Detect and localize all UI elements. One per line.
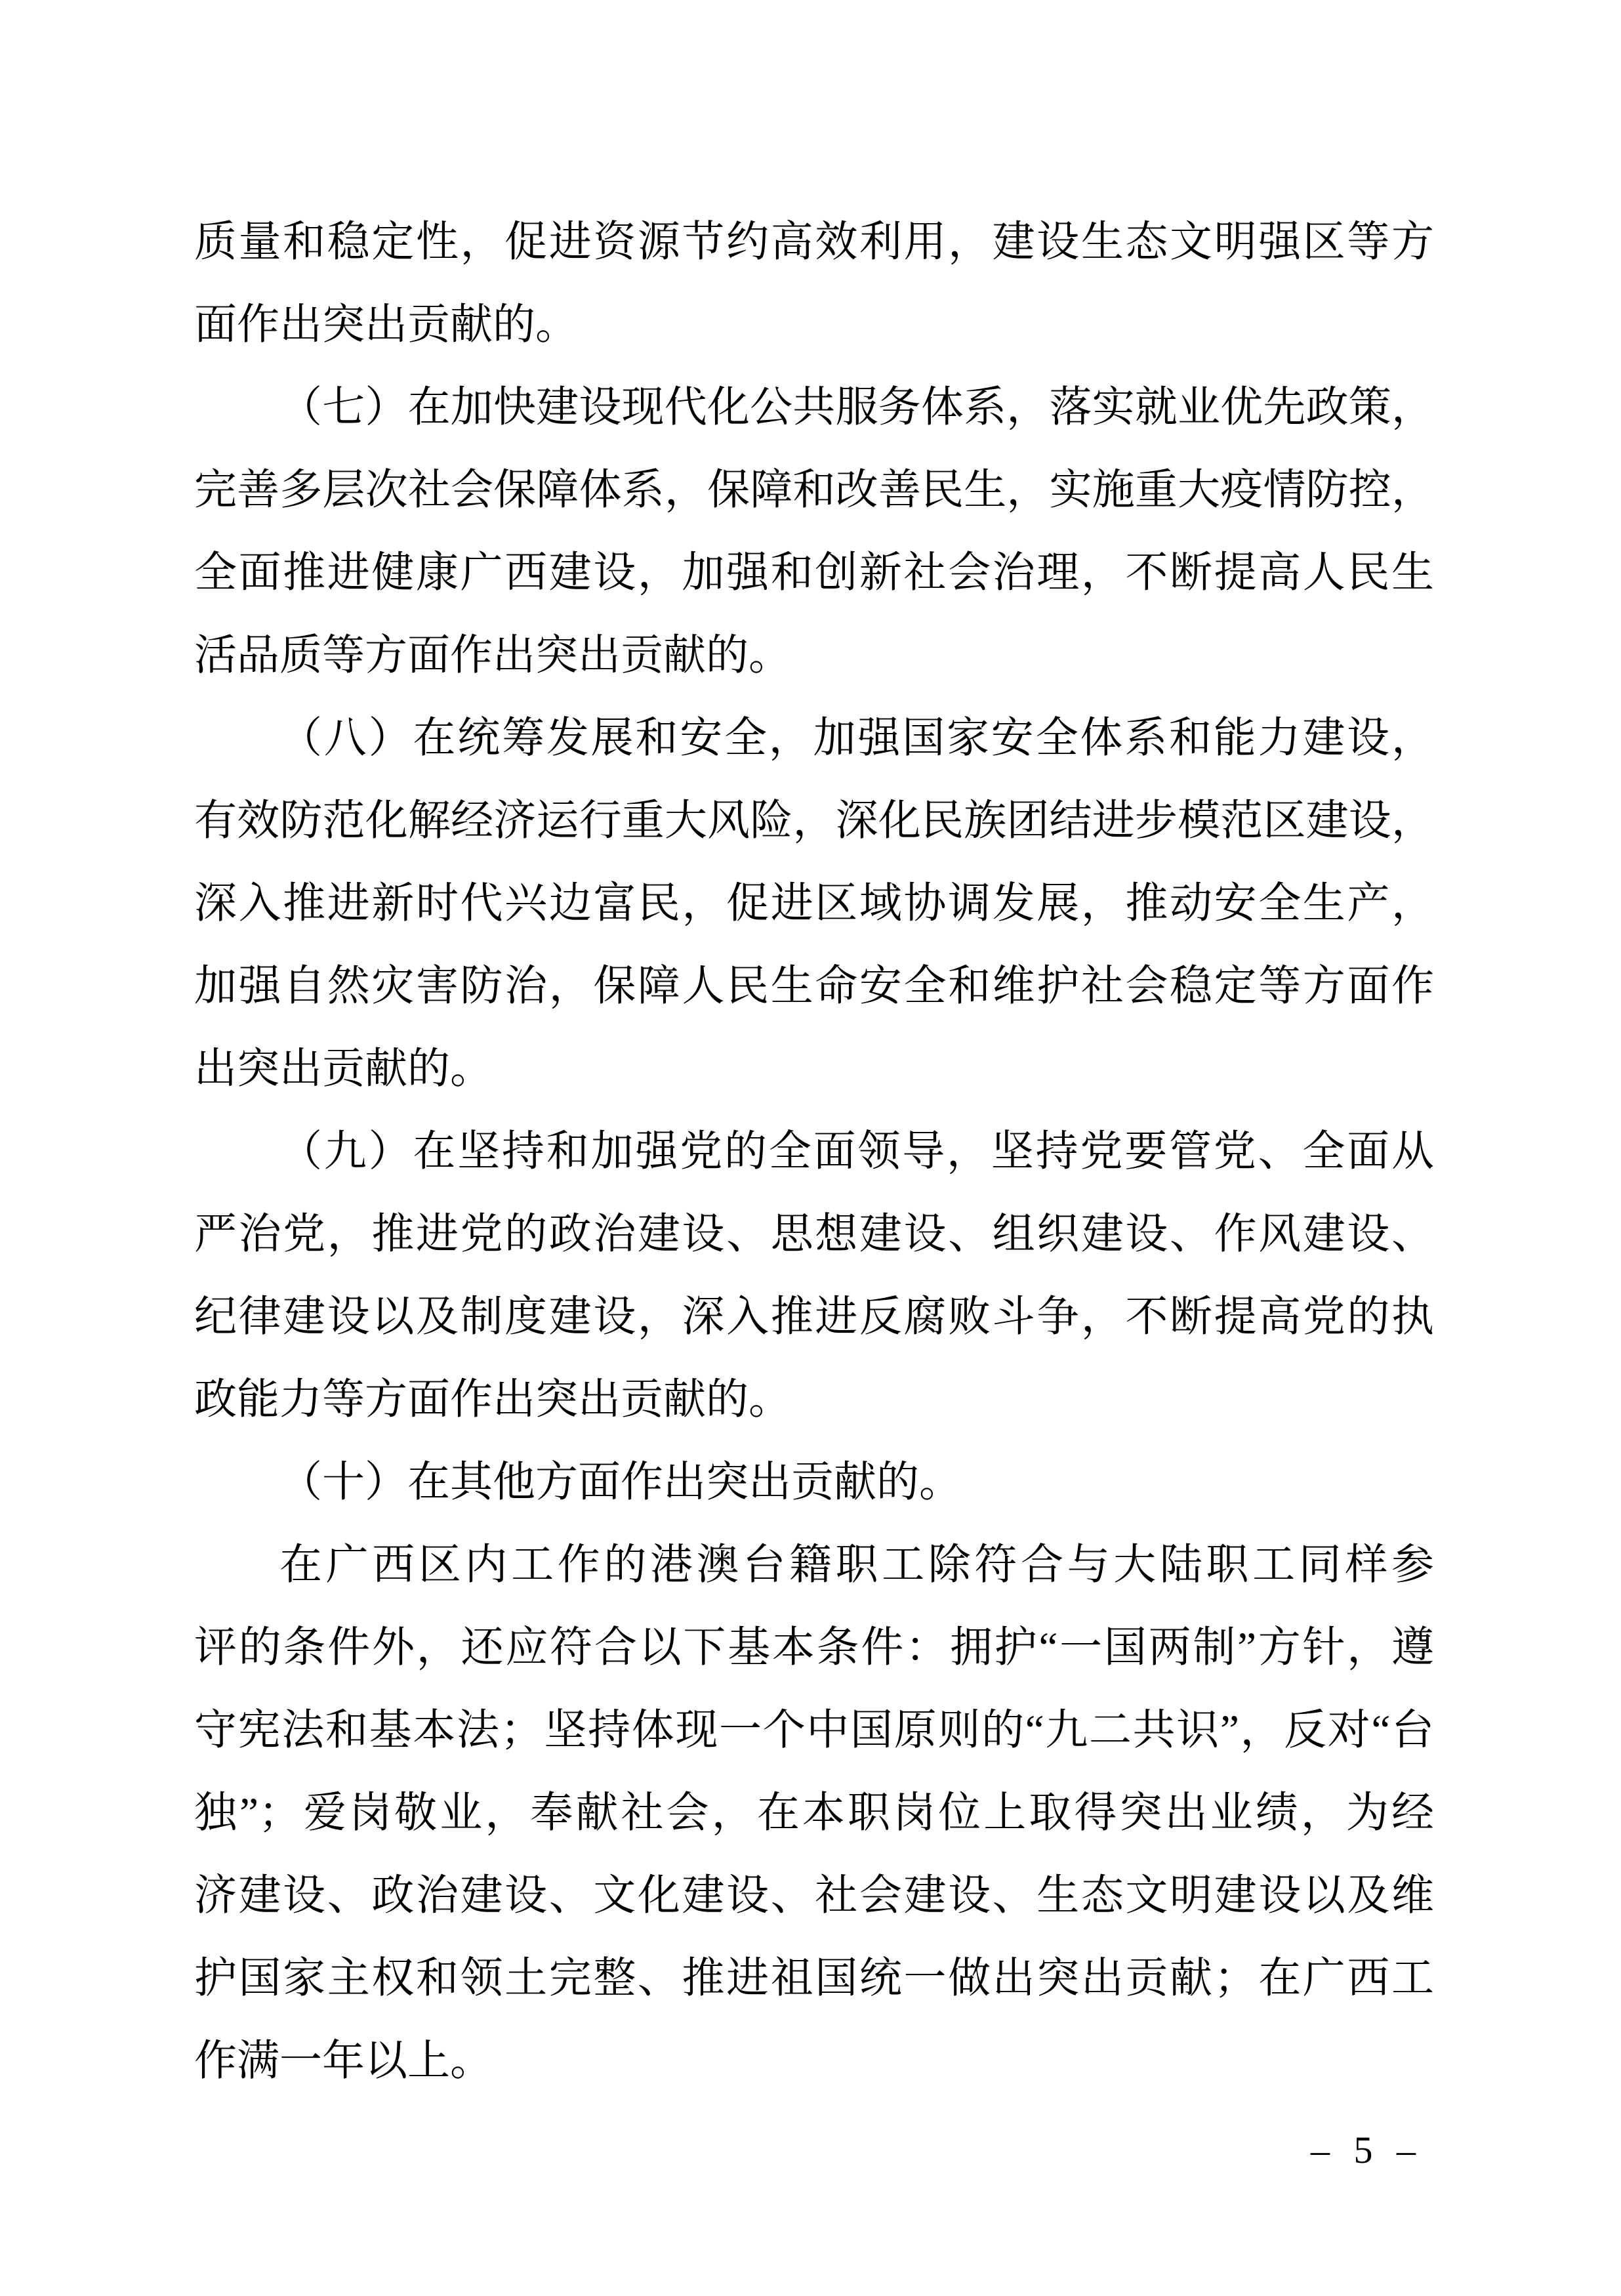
text-line: 济建设、政治建设、文化建设、社会建设、生态文明建设以及维: [194, 1854, 1434, 1937]
text-line: 全面推进健康广西建设，加强和创新社会治理，不断提高人民生: [194, 532, 1434, 614]
paragraph-hmt-workers: 在广西区内工作的港澳台籍职工除符合与大陆职工同样参 评的条件外，还应符合以下基本…: [194, 1524, 1434, 2102]
text-line: （八）在统筹发展和安全，加强国家安全体系和能力建设，: [194, 697, 1434, 780]
paragraph-continuation: 质量和稳定性，促进资源节约高效利用，建设生态文明强区等方 面作出突出贡献的。: [194, 201, 1434, 366]
text-line: 守宪法和基本法；坚持体现一个中国原则的“九二共识”，反对“台: [194, 1689, 1434, 1772]
text-line: 纪律建设以及制度建设，深入推进反腐败斗争，不断提高党的执: [194, 1276, 1434, 1358]
text-line: （九）在坚持和加强党的全面领导，坚持党要管党、全面从: [194, 1110, 1434, 1193]
document-page: 质量和稳定性，促进资源节约高效利用，建设生态文明强区等方 面作出突出贡献的。 （…: [0, 0, 1621, 2296]
page-number: – 5 –: [1311, 2131, 1417, 2169]
paragraph-item-7: （七）在加快建设现代化公共服务体系，落实就业优先政策， 完善多层次社会保障体系，…: [194, 366, 1434, 697]
document-body: 质量和稳定性，促进资源节约高效利用，建设生态文明强区等方 面作出突出贡献的。 （…: [194, 201, 1434, 2102]
text-line: 出突出贡献的。: [194, 1028, 1434, 1110]
text-line: 严治党，推进党的政治建设、思想建设、组织建设、作风建设、: [194, 1193, 1434, 1276]
paragraph-item-8: （八）在统筹发展和安全，加强国家安全体系和能力建设， 有效防范化解经济运行重大风…: [194, 697, 1434, 1110]
text-line: 加强自然灾害防治，保障人民生命安全和维护社会稳定等方面作: [194, 945, 1434, 1028]
text-line: 政能力等方面作出突出贡献的。: [194, 1358, 1434, 1441]
text-line: 质量和稳定性，促进资源节约高效利用，建设生态文明强区等方: [194, 201, 1434, 283]
text-line: 在广西区内工作的港澳台籍职工除符合与大陆职工同样参: [194, 1524, 1434, 1606]
text-line: 作满一年以上。: [194, 2020, 1434, 2102]
text-line: 独”；爱岗敬业，奉献社会，在本职岗位上取得突出业绩，为经: [194, 1772, 1434, 1854]
text-line: 深入推进新时代兴边富民，促进区域协调发展，推动安全生产，: [194, 862, 1434, 945]
text-line: 护国家主权和领土完整、推进祖国统一做出突出贡献；在广西工: [194, 1937, 1434, 2020]
paragraph-item-10: （十）在其他方面作出突出贡献的。: [194, 1441, 1434, 1524]
text-line: 完善多层次社会保障体系，保障和改善民生，实施重大疫情防控，: [194, 449, 1434, 532]
text-line: （七）在加快建设现代化公共服务体系，落实就业优先政策，: [194, 366, 1434, 449]
paragraph-item-9: （九）在坚持和加强党的全面领导，坚持党要管党、全面从 严治党，推进党的政治建设、…: [194, 1110, 1434, 1441]
text-line: 活品质等方面作出突出贡献的。: [194, 614, 1434, 697]
text-line: （十）在其他方面作出突出贡献的。: [194, 1441, 1434, 1524]
text-line: 评的条件外，还应符合以下基本条件：拥护“一国两制”方针，遵: [194, 1606, 1434, 1689]
text-line: 面作出突出贡献的。: [194, 283, 1434, 366]
text-line: 有效防范化解经济运行重大风险，深化民族团结进步模范区建设，: [194, 780, 1434, 862]
